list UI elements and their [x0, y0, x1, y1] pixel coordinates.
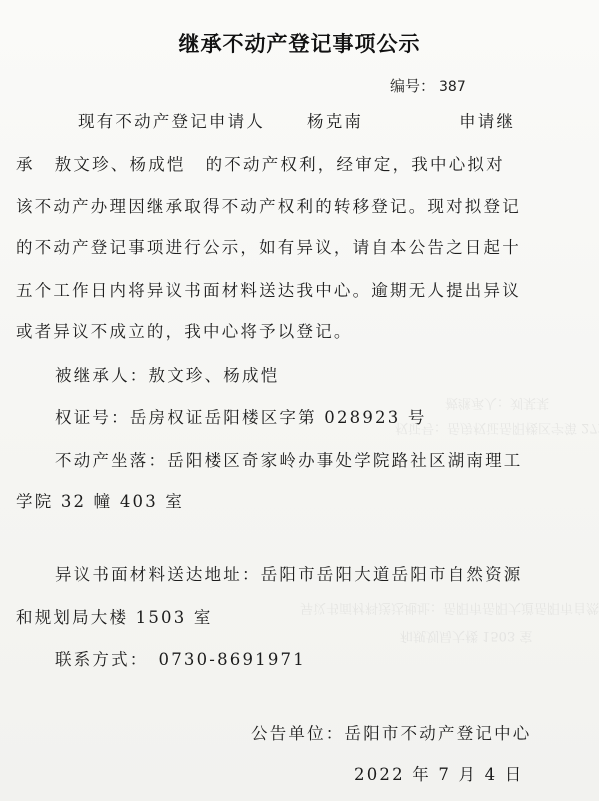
field-label: 异议书面材料送达地址： — [55, 565, 261, 584]
field-value: 岳阳市岳阳大道岳阳市自然资源 — [261, 565, 523, 584]
field-value: 0730-8691971 — [159, 650, 306, 669]
location-field-continued: 学院 32 幢 403 室 — [16, 488, 184, 512]
serial-value: 387 — [439, 79, 466, 95]
body-line-4: 的不动产登记事项进行公示，如有异议，请自本公告之日起十 — [16, 234, 521, 258]
field-label: 被继承人： — [55, 366, 149, 385]
body-line-6: 或者异议不成立的，我中心将予以登记。 — [16, 318, 353, 342]
issuer-line: 公告单位：岳阳市不动产登记中心 — [251, 720, 532, 744]
document-page: 被继承人：刘某某 权证号：岳房权证岳阳楼区字第 272985 号 异议书面材料送… — [0, 0, 599, 801]
field-label: 不动产坐落： — [55, 451, 167, 470]
certificate-field: 权证号：岳房权证岳阳楼区字第 028923 号 — [55, 404, 427, 428]
objection-address-field: 异议书面材料送达地址：岳阳市岳阳大道岳阳市自然资源 — [55, 561, 523, 585]
issue-date: 2022 年 7 月 4 日 — [354, 761, 524, 785]
field-label: 联系方式： — [55, 650, 149, 669]
body-text: 的不动产权利，经审定，我中心拟对 — [206, 155, 505, 174]
field-value: 敖文珍、杨成恺 — [149, 366, 280, 385]
body-line-5: 五个工作日内将异议书面材料送达我中心。逾期无人提出异议 — [16, 277, 521, 301]
field-value: 岳房权证岳阳楼区字第 028923 号 — [130, 408, 427, 427]
document-title: 继承不动产登记事项公示 — [0, 28, 599, 58]
body-line-1: 现有不动产登记申请人杨克南申请继 — [78, 108, 515, 132]
body-line-3: 该不动产办理因继承取得不动产权利的转移登记。现对拟登记 — [16, 193, 521, 217]
body-text: 申请继 — [459, 112, 515, 131]
location-field: 不动产坐落：岳阳楼区奇家岭办事处学院路社区湖南理工 — [55, 447, 523, 471]
bleed-through-text: 异议书面材料送达地址：岳阳市岳阳大道岳阳市自然资源 — [300, 600, 599, 619]
decedent-field: 被继承人：敖文珍、杨成恺 — [55, 362, 279, 386]
decedent-names-inline: 敖文珍、杨成恺 — [55, 155, 186, 174]
bleed-through-text: 被继承人：刘某某 — [445, 395, 549, 414]
field-label: 权证号： — [55, 408, 130, 427]
bleed-through-text: 和规划局大楼 1503 室 — [400, 628, 532, 647]
body-line-2: 承敖文珍、杨成恺的不动产权利，经审定，我中心拟对 — [16, 151, 505, 175]
contact-field: 联系方式：0730-8691971 — [55, 646, 306, 670]
objection-address-continued: 和规划局大楼 1503 室 — [16, 604, 213, 628]
serial-number: 编号：387 — [390, 75, 466, 96]
serial-label: 编号： — [390, 77, 435, 95]
body-text: 承 — [16, 155, 35, 174]
body-text: 现有不动产登记申请人 — [78, 112, 265, 131]
applicant-name: 杨克南 — [307, 112, 363, 131]
issuer-label: 公告单位： — [251, 724, 345, 743]
issuer-value: 岳阳市不动产登记中心 — [345, 724, 532, 743]
field-value: 岳阳楼区奇家岭办事处学院路社区湖南理工 — [167, 451, 522, 470]
